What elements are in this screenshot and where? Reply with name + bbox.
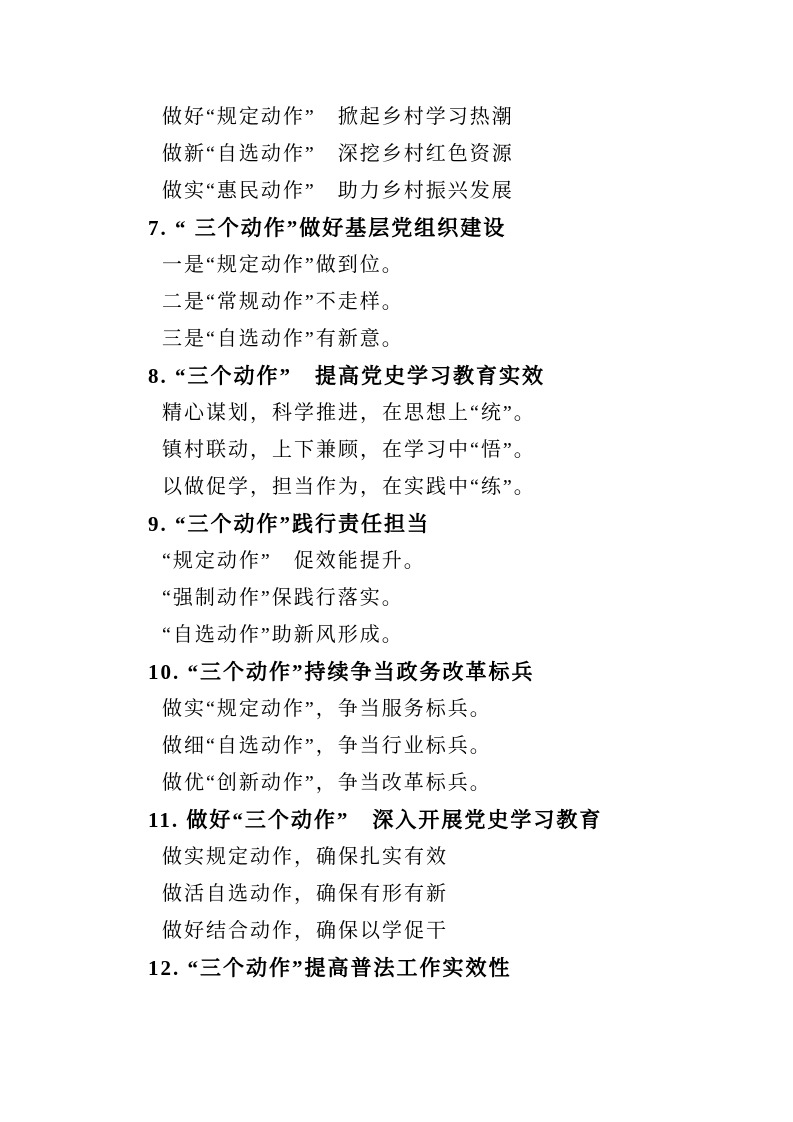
heading-line-8: 8. “三个动作” 提高党史学习教育实效 (148, 358, 733, 395)
body-line: 精心谋划，科学推进，在思想上“统”。 (148, 395, 733, 432)
body-line: 做活自选动作，确保有形有新 (148, 876, 733, 913)
body-line: 做实规定动作，确保扎实有效 (148, 839, 733, 876)
body-line: “强制动作”保践行落实。 (148, 580, 733, 617)
document-page[interactable]: 做好“规定动作” 掀起乡村学习热潮 做新“自选动作” 深挖乡村红色资源 做实“惠… (0, 0, 793, 1122)
body-line: 以做促学，担当作为，在实践中“练”。 (148, 469, 733, 506)
body-line: 镇村联动，上下兼顾，在学习中“悟”。 (148, 432, 733, 469)
body-line: 做好“规定动作” 掀起乡村学习热潮 (148, 99, 733, 136)
body-line: 一是“规定动作”做到位。 (148, 247, 733, 284)
body-line: 做实“惠民动作” 助力乡村振兴发展 (148, 173, 733, 210)
heading-line-7: 7. “ 三个动作”做好基层党组织建设 (148, 210, 733, 247)
body-line: 做好结合动作，确保以学促干 (148, 913, 733, 950)
body-line: 做实“规定动作”，争当服务标兵。 (148, 691, 733, 728)
body-line: “规定动作” 促效能提升。 (148, 543, 733, 580)
body-line: 二是“常规动作”不走样。 (148, 284, 733, 321)
body-line: 三是“自选动作”有新意。 (148, 321, 733, 358)
heading-line-11: 11. 做好“三个动作” 深入开展党史学习教育 (148, 802, 733, 839)
body-line: 做优“创新动作”，争当改革标兵。 (148, 765, 733, 802)
body-line: 做新“自选动作” 深挖乡村红色资源 (148, 136, 733, 173)
heading-line-9: 9. “三个动作”践行责任担当 (148, 506, 733, 543)
body-line: “自选动作”助新风形成。 (148, 617, 733, 654)
body-line: 做细“自选动作”，争当行业标兵。 (148, 728, 733, 765)
heading-line-10: 10. “三个动作”持续争当政务改革标兵 (148, 654, 733, 691)
heading-line-12: 12. “三个动作”提高普法工作实效性 (148, 950, 733, 987)
